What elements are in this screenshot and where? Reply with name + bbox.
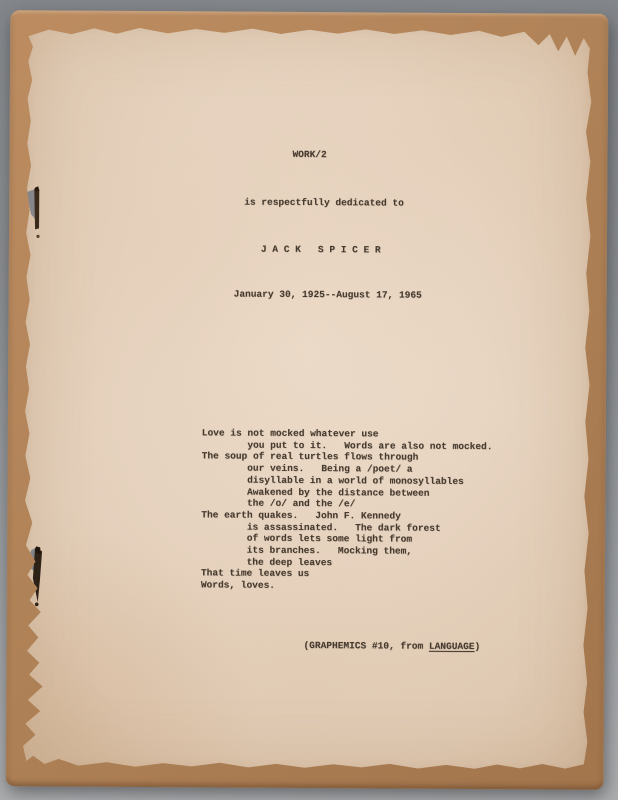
booklet-title: WORK/2 bbox=[292, 149, 326, 161]
colophon-prefix: (GRAPHEMICS #10, from bbox=[303, 640, 428, 652]
binding-brad-top bbox=[25, 184, 55, 244]
colophon-suffix: ) bbox=[474, 641, 480, 652]
dedicatee-name: J A C K S P I C E R bbox=[261, 244, 381, 256]
poem-text: Love is not mocked whatever use you put … bbox=[201, 427, 493, 593]
stapled-booklet: WORK/2 is respectfully dedicated to J A … bbox=[6, 10, 609, 790]
dedicatee-life-dates: January 30, 1925--August 17, 1965 bbox=[234, 289, 422, 302]
dedication-line: is respectfully dedicated to bbox=[244, 197, 404, 210]
cover-page: WORK/2 is respectfully dedicated to J A … bbox=[22, 24, 593, 771]
photo-backdrop: { "page": { "title": "WORK/2", "dedicati… bbox=[0, 0, 618, 800]
colophon-source-title: LANGUAGE bbox=[429, 641, 475, 652]
colophon: (GRAPHEMICS #10, from LANGUAGE) bbox=[303, 640, 480, 653]
